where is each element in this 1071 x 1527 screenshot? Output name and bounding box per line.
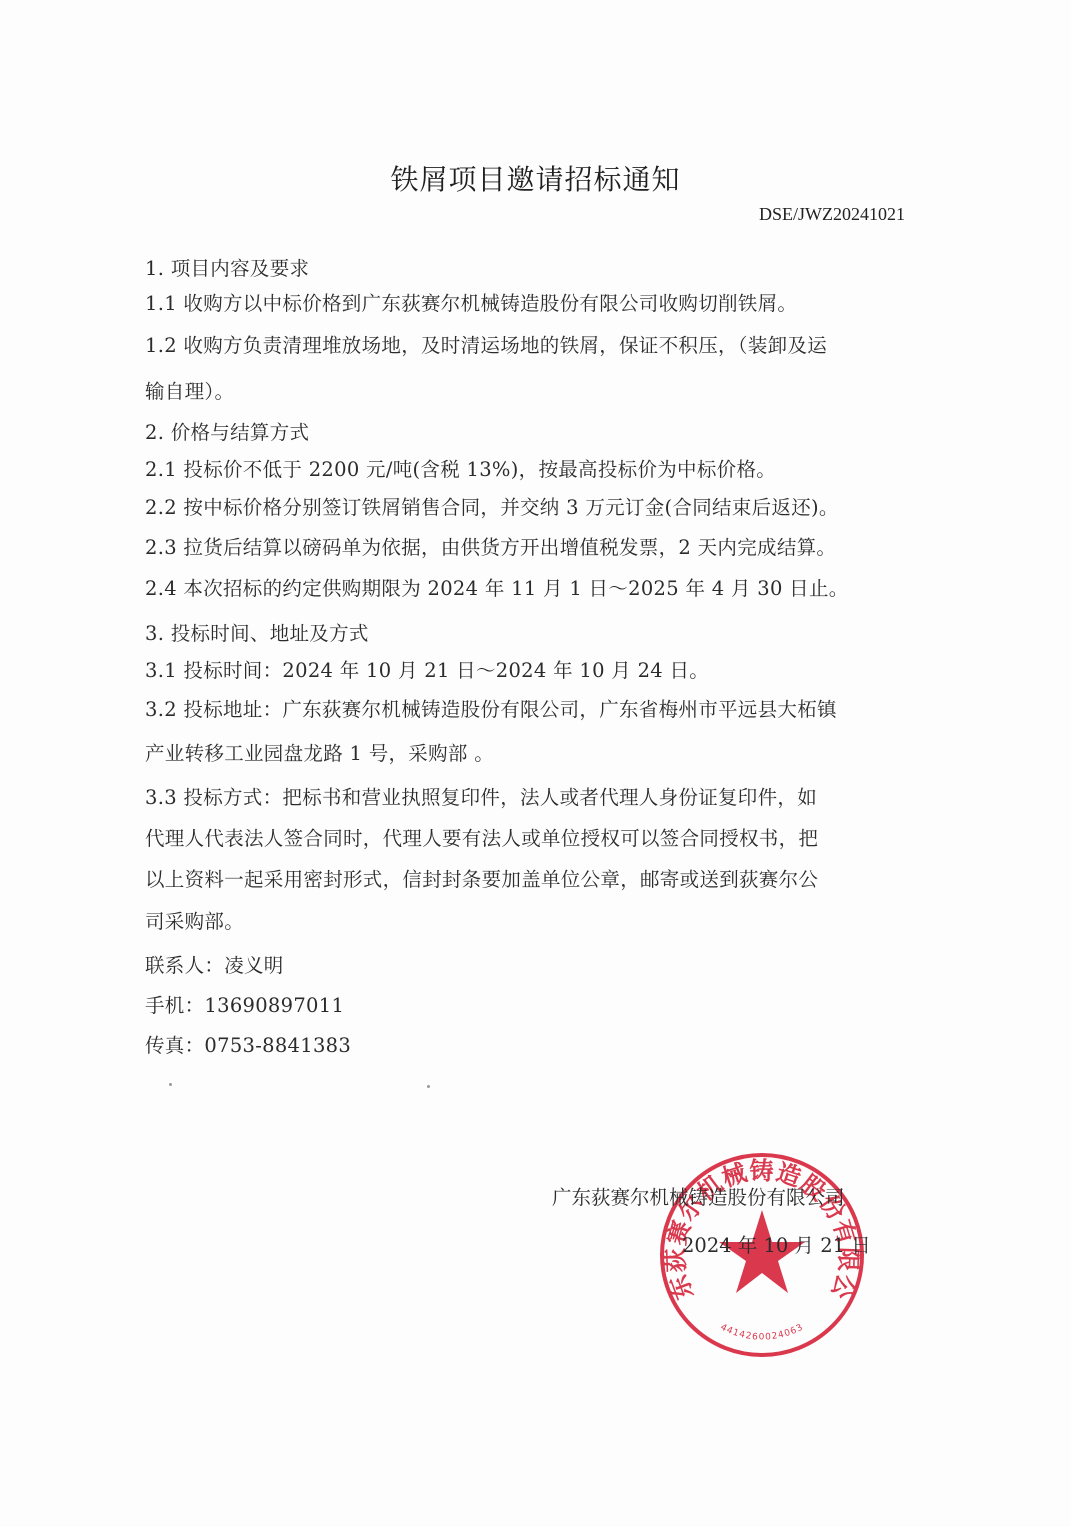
seal-code: 4414260024063 [719,1322,806,1342]
section-heading-1: 1. 项目内容及要求 [145,253,309,281]
paragraph-2-1: 2.1 投标价不低于 2200 元/吨(含税 13%)，按最高投标价为中标价格。 [145,454,776,482]
paragraph-3-3-cont-1: 代理人代表法人签合同时，代理人要有法人或单位授权可以签合同授权书，把 [145,823,818,851]
document-page: 铁屑项目邀请招标通知 DSE/JWZ20241021 1. 项目内容及要求 1.… [0,0,1071,1527]
contact-person: 联系人：凌义明 [145,950,284,978]
paragraph-3-2: 3.2 投标地址：广东荻赛尔机械铸造股份有限公司，广东省梅州市平远县大柘镇 [145,694,837,722]
contact-mobile: 手机：13690897011 [145,990,344,1018]
signature-company: 广东荻赛尔机械铸造股份有限公司 [552,1182,845,1210]
paragraph-3-1: 3.1 投标时间：2024 年 10 月 21 日～2024 年 10 月 24… [145,655,709,683]
paragraph-3-3-cont-2: 以上资料一起采用密封形式，信封封条要加盖单位公章，邮寄或送到荻赛尔公 [145,864,818,892]
paragraph-3-2-cont: 产业转移工业园盘龙路 1 号，采购部 。 [145,738,494,766]
svg-text:4414260024063: 4414260024063 [719,1322,806,1342]
paragraph-3-3-cont-3: 司采购部。 [145,906,244,934]
signature-date: 2024 年 10 月 21 日 [682,1230,871,1258]
document-number: DSE/JWZ20241021 [759,204,905,225]
paragraph-2-4: 2.4 本次招标的约定供购期限为 2024 年 11 月 1 日～2025 年 … [145,573,849,601]
section-heading-3: 3. 投标时间、地址及方式 [145,618,369,646]
paragraph-1-2: 1.2 收购方负责清理堆放场地，及时清运场地的铁屑，保证不积压，（装卸及运 [145,330,827,358]
scan-speck [427,1085,430,1088]
contact-fax: 传真：0753-8841383 [145,1030,351,1058]
paragraph-1-2-cont: 输自理）。 [145,376,234,404]
scan-speck [169,1083,172,1086]
paragraph-1-1: 1.1 收购方以中标价格到广东荻赛尔机械铸造股份有限公司收购切削铁屑。 [145,288,797,316]
paragraph-2-2: 2.2 按中标价格分别签订铁屑销售合同，并交纳 3 万元订金(合同结束后返还)。 [145,492,839,520]
section-heading-2: 2. 价格与结算方式 [145,417,309,445]
document-title: 铁屑项目邀请招标通知 [0,158,1071,198]
paragraph-3-3: 3.3 投标方式：把标书和营业执照复印件，法人或者代理人身份证复印件，如 [145,782,817,810]
paragraph-2-3: 2.3 拉货后结算以磅码单为依据，由供货方开出增值税发票，2 天内完成结算。 [145,532,836,560]
